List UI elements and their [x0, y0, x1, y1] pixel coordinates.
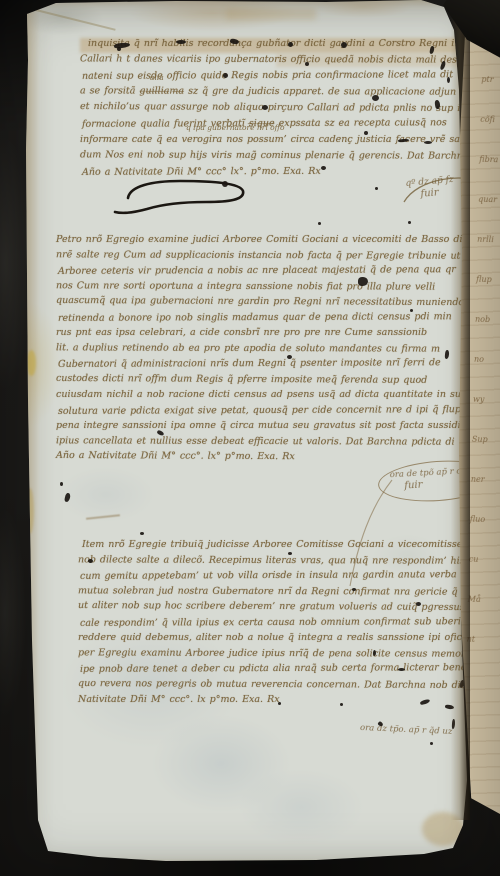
underpage-fragment: ner: [470, 460, 497, 501]
underpage-fragment: no: [473, 340, 500, 381]
underpage-fragment: cu: [468, 540, 495, 581]
ink-blot: [60, 482, 63, 486]
manuscript-line: Item nrõ Egregie tribuiq̃ judicisse Arbo…: [78, 537, 470, 553]
manuscript-line: quo revera nos peregris ob mutua reveren…: [78, 675, 470, 693]
underpage-fragment: fluo: [469, 500, 496, 541]
ink-blot: [64, 493, 71, 503]
underpage-fragment: nt: [466, 620, 493, 661]
manuscript-line: ut aliter nob sup hoc scribere deberem’ …: [78, 598, 470, 616]
manuscript-line: nos Cum nre sorti oportuna a integra san…: [56, 278, 466, 295]
manuscript-photo: ptrcõfifibraquarnrlliflupnobnowySupnerfl…: [0, 0, 500, 876]
manuscript-line: reddere quid debemus, aliter nob a nolue…: [78, 630, 470, 646]
manuscript-line: dum Nos eni nob sup hijs viris mag̃ comi…: [80, 147, 466, 164]
ink-blot: [416, 602, 421, 606]
ink-blot: [176, 40, 186, 44]
ink-blot: [372, 95, 379, 101]
ink-blot: [288, 42, 293, 47]
manuscript-line: a se forsitã g̶u̶i̶l̶l̶i̶a̶m̶a̶ sz q̃ gr…: [80, 83, 466, 100]
note-2-tail-stroke: [326, 474, 406, 604]
underpage-fragment: cõfi: [480, 100, 500, 141]
manuscript-line: rus pnt eas ipsa celebrari, a cide consb…: [56, 325, 466, 341]
ink-blot: [364, 131, 368, 135]
manuscript-line: Gubernatori q̃ administracioni nrĩs dum …: [58, 355, 468, 372]
page-roll-shadow: [440, 18, 470, 820]
manuscript-line: ipe pnob dare tenet a deber cu pdicta al…: [80, 660, 472, 677]
ink-blot: [288, 552, 292, 555]
manuscript-line: Nativitate Dñi M° ccc°. lx p°mo. Exa. Rx: [78, 692, 470, 708]
paragraph-3: Item nrõ Egregie tribuiq̃ judicisse Arbo…: [78, 537, 470, 708]
note-text: ora dz tp̃o. ap̃ r q̃d uz: [360, 722, 453, 738]
manuscript-line: per Egregiu examinu Arboree judice ipius…: [78, 645, 470, 662]
manuscript-line: Callari h t danes vicariis ipo gubernato…: [80, 51, 466, 68]
ink-blot: [424, 141, 432, 144]
manuscript-line: nateni sup eisde officio quide Regis nob…: [82, 67, 468, 85]
manuscript-page: inquisita q̃ nrĩ habilis recordança gubñ…: [26, 0, 470, 868]
manuscript-line: nob dilecte salte a dilecõ. Recepimus li…: [78, 552, 470, 569]
ink-blot: [278, 702, 281, 705]
ink-blot: [352, 588, 356, 591]
ink-blot: [321, 166, 326, 170]
underpage-fragment: nob: [475, 300, 500, 341]
manuscript-line: mutua solebran jud nostra Gubernatore nr…: [78, 583, 470, 600]
ink-blot: [358, 277, 368, 286]
ink-blot: [140, 532, 144, 535]
manuscript-line: cuiusdam nichil a nob racione dicti cens…: [56, 387, 466, 403]
marginal-note-3: ora dz tp̃o. ap̃ r q̃d uz: [360, 722, 453, 738]
stain-left-yellow-2: [26, 488, 34, 534]
manuscript-line: lit. a duplius retinendo ab ea pro pte a…: [56, 340, 466, 357]
interline-insertion-alia: alia: [150, 73, 164, 82]
stain-top-tan: [226, 8, 316, 20]
ink-blot: [375, 187, 378, 190]
paragraph-1: inquisita q̃ nrĩ habilis recordança gubñ…: [80, 36, 466, 180]
underpage-fragment: Må: [467, 580, 494, 621]
paragraph-2: Petro nrõ Egregio examine judici Arboree…: [56, 232, 466, 465]
ink-blot: [341, 42, 347, 48]
ink-blot: [398, 668, 405, 671]
ink-blot: [305, 62, 309, 66]
underpage-fragment: wy: [472, 380, 499, 421]
stain-stroke-mid-left: [86, 514, 120, 520]
underpage-fragment: nrlli: [477, 220, 500, 261]
underpage-fragment: flup: [476, 260, 500, 301]
underpage-fragment: quar: [478, 180, 500, 221]
manuscript-line: cale respondim’ q̃ villa ipius ex certa …: [80, 614, 472, 631]
ink-blot: [117, 47, 121, 51]
manuscript-line: pena integre sanssioni ipa omne q̃ circa…: [56, 418, 466, 434]
interline-insertion-gubernatore: q ipa gubernatore nrĩ offo: [186, 123, 284, 132]
ink-blot: [318, 222, 321, 225]
underpage-fragment: Sup: [471, 420, 498, 461]
manuscript-line: retinenda a bonore ipo nob singlis madam…: [58, 309, 468, 326]
ink-blot: [262, 105, 268, 110]
manuscript-line: Año a Nativitate Dñi M° ccc°. lx° p°mo. …: [56, 448, 466, 466]
manuscript-line: inquisita q̃ nrĩ habilis recordança gubñ…: [80, 36, 466, 52]
stain-left-yellow-1: [27, 350, 36, 376]
ink-blot: [430, 742, 433, 745]
underpage-fragment: fibra: [479, 140, 500, 181]
manuscript-line: custodes dicti nrĩ offm dum Regis q̃ pfe…: [56, 370, 466, 388]
manuscript-line: cum gemitu appetebam’ ut vob villa orisd…: [80, 567, 472, 584]
corner-fold-crease: [32, 8, 116, 30]
ink-flourish-loop: [114, 176, 254, 220]
manuscript-line: Petro nrõ Egregio examine judici Arboree…: [56, 232, 466, 248]
underpage-text-fragments: ptrcõfifibraquarnrlliflupnobnowySupnerfl…: [466, 60, 500, 660]
manuscript-line: et nichilo’us quar assurge nob aliquo pi…: [80, 99, 466, 117]
ink-blot: [408, 221, 411, 224]
manuscript-line: nrẽ salte reg Cum ad supplicacionis inst…: [56, 247, 466, 264]
manuscript-line: quascumq̃ qua ipa gubernacioni nre gardi…: [56, 293, 466, 311]
ink-blot: [222, 181, 228, 187]
ink-blot: [223, 73, 228, 78]
ink-blot: [410, 309, 413, 312]
ink-blot: [340, 703, 343, 706]
ink-blot: [373, 650, 376, 656]
manuscript-line: Arboree ceteris vir prudencia a nobis ac…: [58, 262, 468, 279]
ink-blot: [88, 559, 93, 563]
underpage-fragment: ptr: [481, 60, 500, 101]
manuscript-line: ipius cancellata et nullius esse debeat …: [56, 433, 466, 450]
manuscript-line: solutura varie pdicta exigat sive petat,…: [58, 402, 468, 419]
ink-blot: [287, 355, 292, 359]
